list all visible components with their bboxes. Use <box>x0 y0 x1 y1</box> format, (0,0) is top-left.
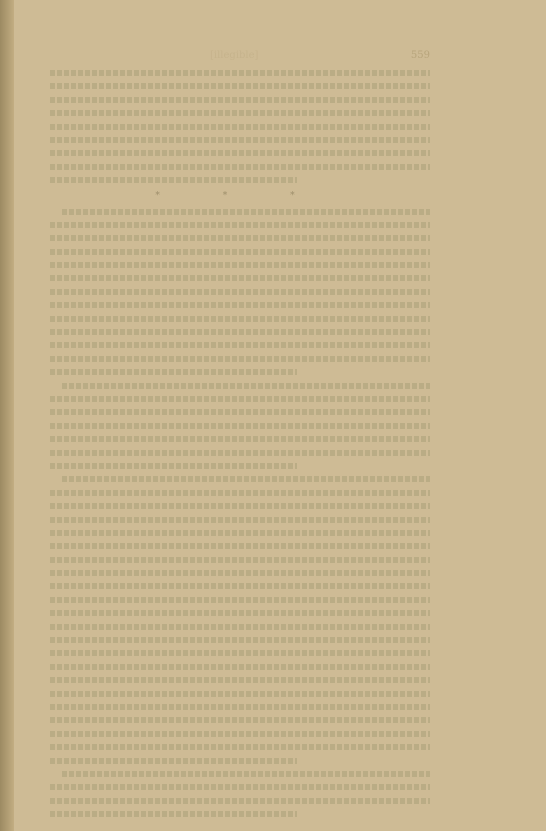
text-line <box>50 731 430 737</box>
text-line <box>50 624 430 630</box>
text-line <box>50 597 430 603</box>
text-line <box>50 316 430 322</box>
text-line <box>50 557 430 563</box>
text-line <box>50 517 430 523</box>
text-line <box>50 289 430 295</box>
text-line <box>50 262 430 268</box>
text-line <box>62 383 430 389</box>
text-line <box>50 811 297 817</box>
book-spine-shadow <box>0 0 14 831</box>
text-line <box>50 70 430 76</box>
paragraph <box>50 383 430 469</box>
text-line <box>50 717 430 723</box>
text-line <box>50 137 430 143</box>
running-head: [illegible] <box>210 50 258 61</box>
text-line <box>50 543 430 549</box>
text-line <box>50 423 430 429</box>
text-line <box>50 530 430 536</box>
section-divider: * * * <box>50 191 430 201</box>
text-line <box>50 637 430 643</box>
text-line <box>50 691 430 697</box>
paragraph <box>50 476 430 763</box>
text-line <box>50 610 430 616</box>
text-line <box>50 150 430 156</box>
text-line <box>50 583 430 589</box>
text-line <box>50 177 297 183</box>
text-line <box>50 664 430 670</box>
text-line <box>50 503 430 509</box>
text-line <box>50 369 297 375</box>
page-header: [illegible] 559 <box>50 50 430 62</box>
text-line <box>50 342 430 348</box>
text-line <box>50 222 430 228</box>
text-line <box>50 275 430 281</box>
text-line <box>50 650 430 656</box>
text-line <box>50 124 430 130</box>
body-text: * * * <box>50 70 430 824</box>
text-line <box>50 235 430 241</box>
text-line <box>50 249 430 255</box>
text-line <box>62 476 430 482</box>
text-line <box>50 798 430 804</box>
text-line <box>50 110 430 116</box>
text-line <box>50 83 430 89</box>
paragraph <box>50 771 430 817</box>
text-line <box>50 436 430 442</box>
text-line <box>50 329 430 335</box>
text-line <box>50 356 430 362</box>
text-line <box>50 450 430 456</box>
text-line <box>62 209 430 215</box>
text-line <box>50 677 430 683</box>
paragraph <box>50 70 430 183</box>
text-line <box>50 302 430 308</box>
text-line <box>50 758 297 764</box>
text-line <box>62 771 430 777</box>
text-line <box>50 97 430 103</box>
text-line <box>50 784 430 790</box>
text-line <box>50 490 430 496</box>
paragraph <box>50 209 430 376</box>
text-line <box>50 744 430 750</box>
text-line <box>50 570 430 576</box>
text-line <box>50 164 430 170</box>
text-line <box>50 396 430 402</box>
text-line <box>50 463 297 469</box>
page-number: 559 <box>411 50 430 61</box>
text-line <box>50 704 430 710</box>
text-line <box>50 409 430 415</box>
